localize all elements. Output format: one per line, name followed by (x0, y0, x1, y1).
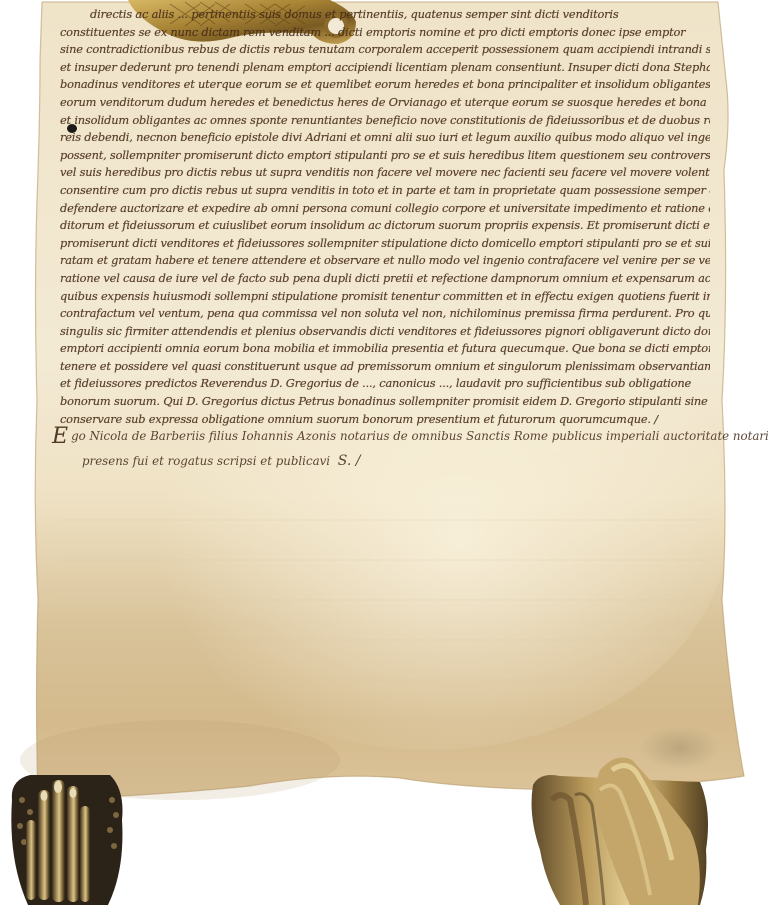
manuscript-line: directis ac aliis ... pertinentiis suis … (90, 6, 710, 24)
manuscript-line: ditorum et fideiussorum et cuiuslibet eo… (60, 217, 710, 235)
manuscript-line: promiserunt dicti venditores et fideiuss… (60, 235, 710, 253)
manuscript-line: bonadinus venditores et uterque eorum se… (60, 76, 710, 94)
manuscript-line: emptori accipienti omnia eorum bona mobi… (60, 340, 710, 358)
left-hand-weight (11, 775, 122, 905)
subscription-text: go Nicola de Barberiis filius Iohannis A… (71, 429, 768, 443)
manuscript-line: singulis sic firmiter attendendis et ple… (60, 323, 710, 341)
manuscript-line: bonorum suorum. Qui D. Gregorius dictus … (60, 393, 710, 411)
subscription-line-1: Ego Nicola de Barberiis filius Iohannis … (52, 424, 712, 449)
notary-signum: S. / (338, 453, 361, 469)
manuscript-body: directis ac aliis ... pertinentiis suis … (60, 6, 710, 428)
notarial-subscription: Ego Nicola de Barberiis filius Iohannis … (52, 424, 712, 473)
manuscript-line: defendere auctorizare et expedire ab omn… (60, 200, 710, 218)
manuscript-line: consentire cum pro dictis rebus ut supra… (60, 182, 710, 200)
decorated-initial: E (52, 424, 68, 449)
manuscript-line: ratam et gratam habere et tenere attende… (60, 252, 710, 270)
manuscript-line: contrafactum vel ventum, pena qua commis… (60, 305, 710, 323)
manuscript-line: ratione vel causa de iure vel de facto s… (60, 270, 710, 288)
manuscript-line: vel suis heredibus pro dictis rebus ut s… (60, 164, 710, 182)
manuscript-line: et insuper dederunt pro tenendi plenam e… (60, 59, 710, 77)
manuscript-line: et fideiussores predictos Reverendus D. … (60, 375, 710, 393)
manuscript-line: sine contradictionibus rebus de dictis r… (60, 41, 710, 59)
manuscript-line: tenere et possidere vel quasi constituer… (60, 358, 710, 376)
subscription-line-2: presens fui et rogatus scripsi et public… (82, 449, 712, 473)
manuscript-line: quibus expensis huiusmodi sollempni stip… (60, 288, 710, 306)
manuscript-line: possent, sollempniter promiserunt dicto … (60, 147, 710, 165)
manuscript-photo: directis ac aliis ... pertinentiis suis … (0, 0, 768, 905)
manuscript-line: et insolidum obligantes ac omnes sponte … (60, 112, 710, 130)
manuscript-line: constituentes se ex nunc dictam rem vend… (60, 24, 710, 42)
manuscript-line: reis debendi, necnon beneficio epistole … (60, 129, 710, 147)
subscription-text: presens fui et rogatus scripsi et public… (82, 454, 330, 468)
manuscript-line: eorum venditorum dudum heredes et benedi… (60, 94, 710, 112)
